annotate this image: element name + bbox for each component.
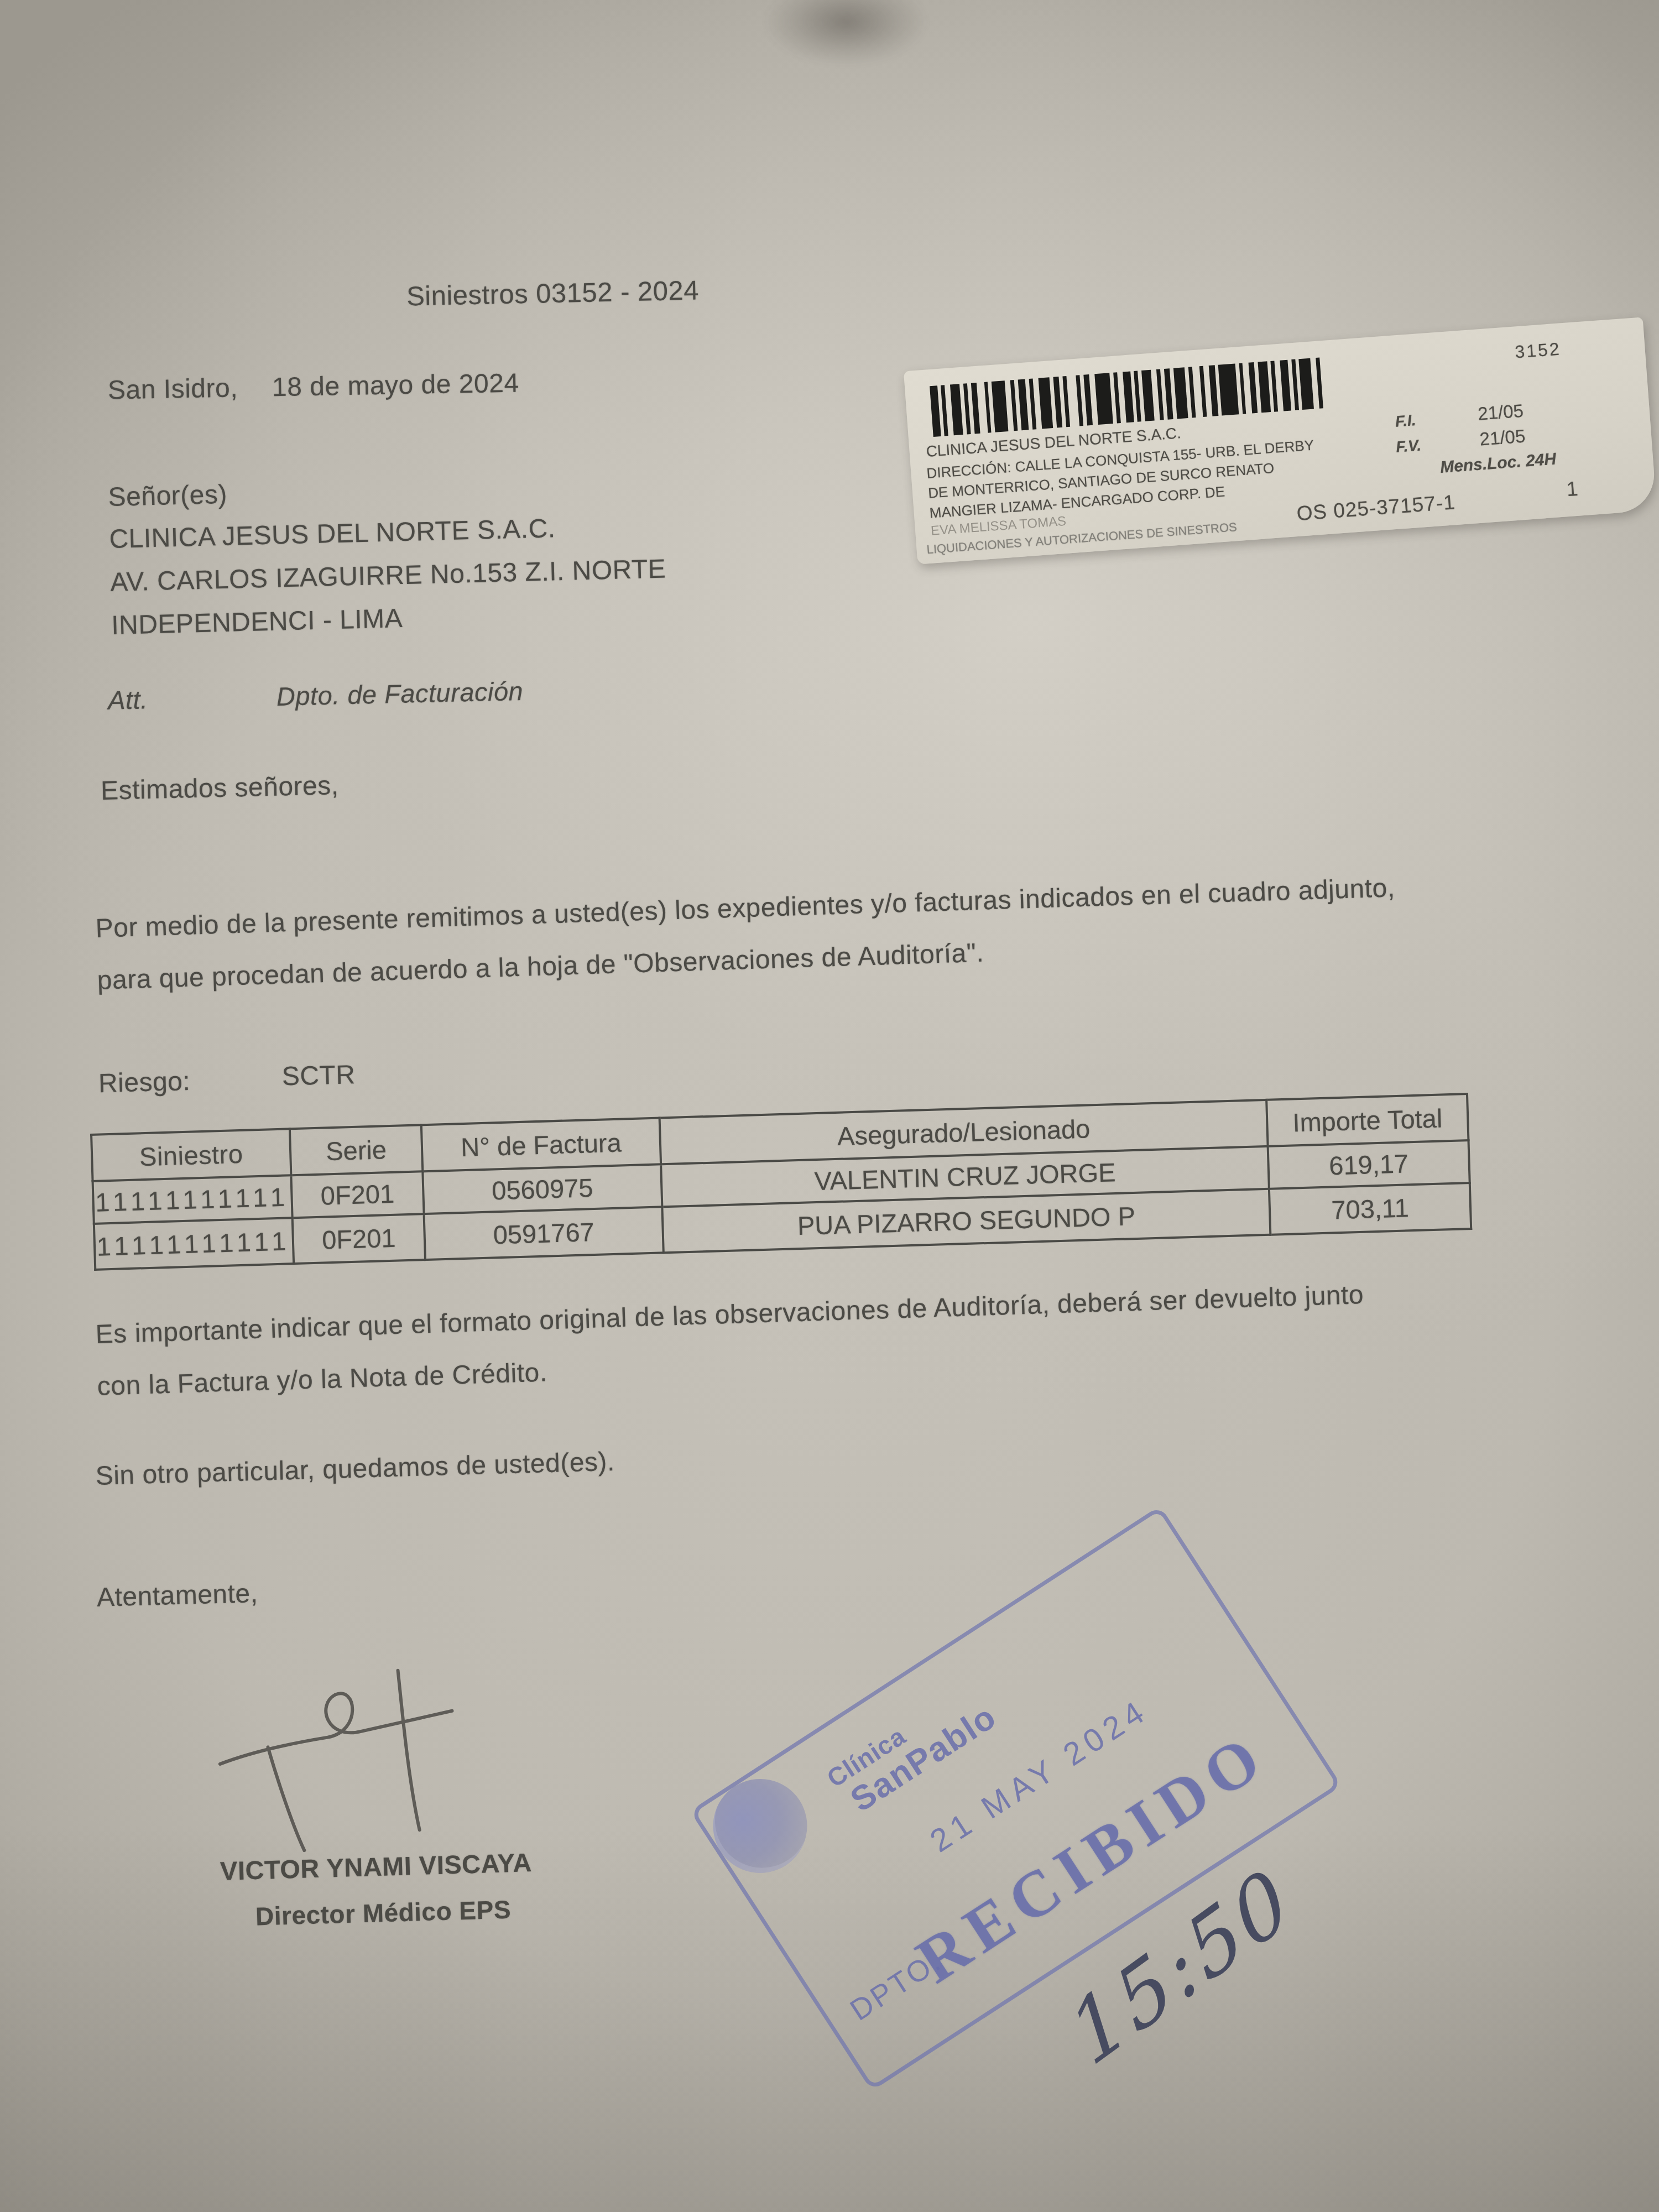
paragraph-line: con la Factura y/o la Nota de Crédito. (97, 1357, 547, 1402)
recipient-address-1: AV. CARLOS IZAGUIRRE No.153 Z.I. NORTE (110, 554, 666, 598)
cell-importe: 619,17 (1268, 1140, 1470, 1189)
city-date-line: San Isidro,18 de mayo de 2024 (108, 368, 519, 406)
risk-value: SCTR (281, 1060, 356, 1092)
cell-siniestro: 11111111111 (93, 1175, 293, 1224)
scanned-letter-photo: Siniestros 03152 - 2024 San Isidro,18 de… (0, 0, 1659, 2212)
risk-label: Riesgo: (98, 1067, 191, 1098)
body-paragraph-3: Sin otro particular, quedamos de usted(e… (95, 1447, 615, 1491)
salutation: Señor(es) (108, 479, 228, 513)
letter-city: San Isidro, (108, 373, 238, 405)
signature-scribble (211, 1663, 481, 1859)
attention-value: Dpto. de Facturación (276, 676, 523, 712)
recipient-name: CLINICA JESUS DEL NORTE S.A.C. (109, 513, 556, 555)
col-header-factura: N° de Factura (421, 1118, 661, 1171)
cell-importe: 703,11 (1269, 1183, 1471, 1235)
sticker-fv-label: F.V. (1395, 436, 1422, 456)
greeting: Estimados señores, (100, 770, 339, 806)
sticker-fi-value: 21/05 (1477, 400, 1524, 425)
risk-line: Riesgo: SCTR (98, 1066, 191, 1099)
cell-factura: 0560975 (422, 1164, 662, 1214)
paragraph-line: Es importante indicar que el formato ori… (95, 1280, 1364, 1350)
courier-sticker: 3152 CLINICA JESUS DEL NORTE S.A.C. DIRE… (904, 317, 1657, 564)
barcode (930, 356, 1353, 437)
paragraph-line: para que procedan de acuerdo a la hoja d… (97, 938, 984, 996)
cell-serie: 0F201 (293, 1214, 425, 1264)
sticker-fv-value: 21/05 (1479, 426, 1526, 450)
col-header-importe: Importe Total (1266, 1094, 1468, 1146)
sticker-doc-number: 3152 (1514, 338, 1562, 362)
cell-serie: 0F201 (291, 1171, 424, 1218)
letter-subject: Siniestros 03152 - 2024 (406, 275, 699, 312)
letter-date: 18 de mayo de 2024 (272, 369, 520, 403)
paper-top-smudge (763, 0, 929, 66)
attention-line: Att. Dpto. de Facturación (107, 684, 148, 716)
sticker-os-number: OS 025-37157-1 (1296, 491, 1456, 525)
cell-factura: 0591767 (424, 1207, 664, 1260)
claims-table: Siniestro Serie N° de Factura Asegurado/… (90, 1093, 1472, 1271)
col-header-siniestro: Siniestro (91, 1129, 291, 1181)
cell-siniestro: 11111111111 (94, 1218, 294, 1270)
paragraph-line: Por medio de la presente remitimos a ust… (95, 873, 1395, 944)
sticker-messenger: Mens.Loc. 24H (1439, 450, 1557, 477)
closing: Atentamente, (96, 1578, 258, 1613)
sticker-fi-label: F.I. (1395, 411, 1417, 431)
sticker-copy-number: 1 (1566, 477, 1579, 501)
recipient-address-2: INDEPENDENCI - LIMA (111, 603, 403, 641)
col-header-serie: Serie (290, 1125, 422, 1175)
attention-label: Att. (107, 685, 148, 715)
